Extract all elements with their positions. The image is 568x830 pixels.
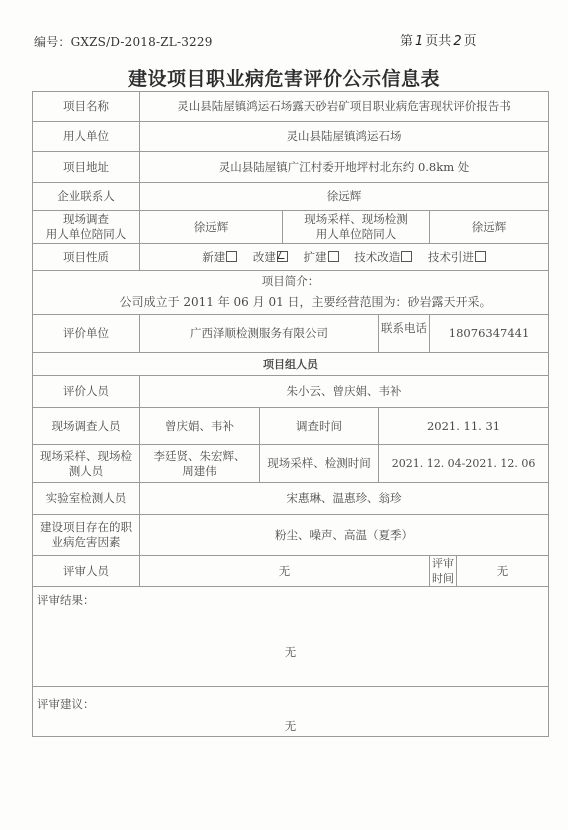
page-total: 2 [453,34,461,49]
project-name-value: 灵山县陆屋镇鸿运石场露天砂岩矿项目职业病危害现状评价报告书 [140,92,549,122]
page-mid: 页共 [425,34,451,49]
option-rebuild-label: 改建 [253,250,276,264]
review-advice-cell: 评审建议： 无 [33,687,549,737]
employer-value: 灵山县陆屋镇鸿运石场 [140,122,549,152]
row-sampling: 现场采样、现场检 测人员 李廷贤、朱宏辉、 周建伟 现场采样、检测时间 2021… [33,445,549,483]
phone-label: 联系电话 [379,315,430,353]
survey-accompany-value: 徐远辉 [140,211,283,244]
nature-label: 项目性质 [33,244,140,271]
option-new-label: 新建 [202,250,225,264]
contact-value: 徐远辉 [140,183,549,211]
intro-value: 公司成立于 2011 年 06 月 01 日，主要经营范围为：砂岩露天开采。 [35,295,546,310]
hazards-label: 建设项目存在的职 业病危害因素 [33,515,140,556]
row-lab: 实验室检测人员 宋惠琳、温惠珍、翁珍 [33,483,549,515]
sampling-time-value: 2021. 12. 04-2021. 12. 06 [379,445,549,483]
row-team-header: 项目组人员 [33,353,549,376]
checkbox-unchecked-icon[interactable] [226,251,237,262]
row-hazards: 建设项目存在的职 业病危害因素 粉尘、噪声、高温（夏季） [33,515,549,556]
info-table: 项目名称 灵山县陆屋镇鸿运石场露天砂岩矿项目职业病危害现状评价报告书 用人单位 … [32,91,549,737]
review-advice-label: 评审建议： [37,697,95,712]
row-review-result: 评审结果： 无 [33,587,549,687]
row-address: 项目地址 灵山县陆屋镇广江村委开地坪村北东约 0.8km 处 [33,152,549,183]
sampling-accompany-value: 徐远辉 [430,211,549,244]
page-title: 建设项目职业病危害评价公示信息表 [0,64,568,91]
survey-staff-label: 现场调查人员 [33,408,140,445]
row-evaluators: 评价人员 朱小云、曾庆娟、韦补 [33,376,549,408]
checkbox-unchecked-icon[interactable] [328,251,339,262]
document-code-label: 编号： [34,35,71,49]
sampling-accompany-label: 现场采样、现场检测 用人单位陪同人 [283,211,430,244]
hazards-label-line2: 业病危害因素 [35,535,137,550]
survey-time-value: 2021. 11. 31 [379,408,549,445]
sampling-accompany-label-line1: 现场采样、现场检测 [285,212,427,227]
page-prefix: 第 [400,34,413,49]
sampling-staff-value: 李廷贤、朱宏辉、 周建伟 [140,445,260,483]
address-value: 灵山县陆屋镇广江村委开地坪村北东约 0.8km 处 [140,152,549,183]
evaluator-label: 评价单位 [33,315,140,353]
option-tech-transform[interactable]: 技术改造 [354,250,412,264]
project-name-label: 项目名称 [33,92,140,122]
option-tech-import-label: 技术引进 [428,250,474,264]
lab-staff-label: 实验室检测人员 [33,483,140,515]
row-employer: 用人单位 灵山县陆屋镇鸿运石场 [33,122,549,152]
document-code: 编号：GXZS/D-2018-ZL-3229 [34,33,213,50]
evaluators-value: 朱小云、曾庆娟、韦补 [140,376,549,408]
row-project-name: 项目名称 灵山县陆屋镇鸿运石场露天砂岩矿项目职业病危害现状评价报告书 [33,92,549,122]
hazards-label-line1: 建设项目存在的职 [35,520,137,535]
checkbox-unchecked-icon[interactable] [475,251,486,262]
address-label: 项目地址 [33,152,140,183]
option-tech-import[interactable]: 技术引进 [428,250,486,264]
option-expand-label: 扩建 [304,250,327,264]
sampling-accompany-label-line2: 用人单位陪同人 [285,227,427,242]
review-time-label: 评审时间 [430,556,457,587]
phone-value: 18076347441 [430,315,549,353]
row-contact: 企业联系人 徐远辉 [33,183,549,211]
lab-staff-value: 宋惠琳、温惠珍、翁珍 [140,483,549,515]
nature-options: 新建 改建 扩建 技术改造 技术引进 [140,244,549,271]
survey-time-label: 调查时间 [260,408,379,445]
page-suffix: 页 [464,34,477,49]
sampling-staff-value-line2: 周建伟 [142,464,257,479]
document-code-value: GXZS/D-2018-ZL-3229 [71,35,213,49]
reviewers-value: 无 [140,556,430,587]
sampling-staff-label-line2: 测人员 [35,464,137,479]
row-survey: 现场调查人员 曾庆娟、韦补 调查时间 2021. 11. 31 [33,408,549,445]
sampling-staff-label: 现场采样、现场检 测人员 [33,445,140,483]
contact-label: 企业联系人 [33,183,140,211]
row-evaluator: 评价单位 广西泽顺检测服务有限公司 联系电话 18076347441 [33,315,549,353]
sampling-staff-label-line1: 现场采样、现场检 [35,449,137,464]
hazards-value: 粉尘、噪声、高温（夏季） [140,515,549,556]
checkbox-unchecked-icon[interactable] [401,251,412,262]
evaluators-label: 评价人员 [33,376,140,408]
sampling-staff-value-line1: 李廷贤、朱宏辉、 [142,449,257,464]
row-reviewers: 评审人员 无 评审时间 无 [33,556,549,587]
review-result-label: 评审结果： [37,593,95,608]
survey-accompany-label-line2: 用人单位陪同人 [35,227,137,242]
option-new[interactable]: 新建 [202,250,237,264]
intro-label: 项目简介： [35,274,546,289]
review-time-value: 无 [457,556,549,587]
intro-cell: 项目简介： 公司成立于 2011 年 06 月 01 日，主要经营范围为：砂岩露… [33,271,549,315]
option-rebuild[interactable]: 改建 [253,250,288,264]
reviewers-label: 评审人员 [33,556,140,587]
option-expand[interactable]: 扩建 [304,250,339,264]
page-current: 1 [415,34,423,49]
row-nature: 项目性质 新建 改建 扩建 技术改造 技术引进 [33,244,549,271]
row-accompany: 现场调查 用人单位陪同人 徐远辉 现场采样、现场检测 用人单位陪同人 徐远辉 [33,211,549,244]
review-result-cell: 评审结果： 无 [33,587,549,687]
review-advice-value: 无 [33,719,548,734]
option-tech-transform-label: 技术改造 [354,250,400,264]
checkbox-checked-icon[interactable] [277,251,288,262]
row-intro: 项目简介： 公司成立于 2011 年 06 月 01 日，主要经营范围为：砂岩露… [33,271,549,315]
evaluator-value: 广西泽顺检测服务有限公司 [140,315,379,353]
review-result-value: 无 [33,645,548,660]
survey-accompany-label: 现场调查 用人单位陪同人 [33,211,140,244]
survey-accompany-label-line1: 现场调查 [35,212,137,227]
employer-label: 用人单位 [33,122,140,152]
team-header: 项目组人员 [33,353,549,376]
page-indicator: 第1页共2页 [400,30,477,49]
sampling-time-label: 现场采样、检测时间 [260,445,379,483]
survey-staff-value: 曾庆娟、韦补 [140,408,260,445]
row-review-advice: 评审建议： 无 [33,687,549,737]
